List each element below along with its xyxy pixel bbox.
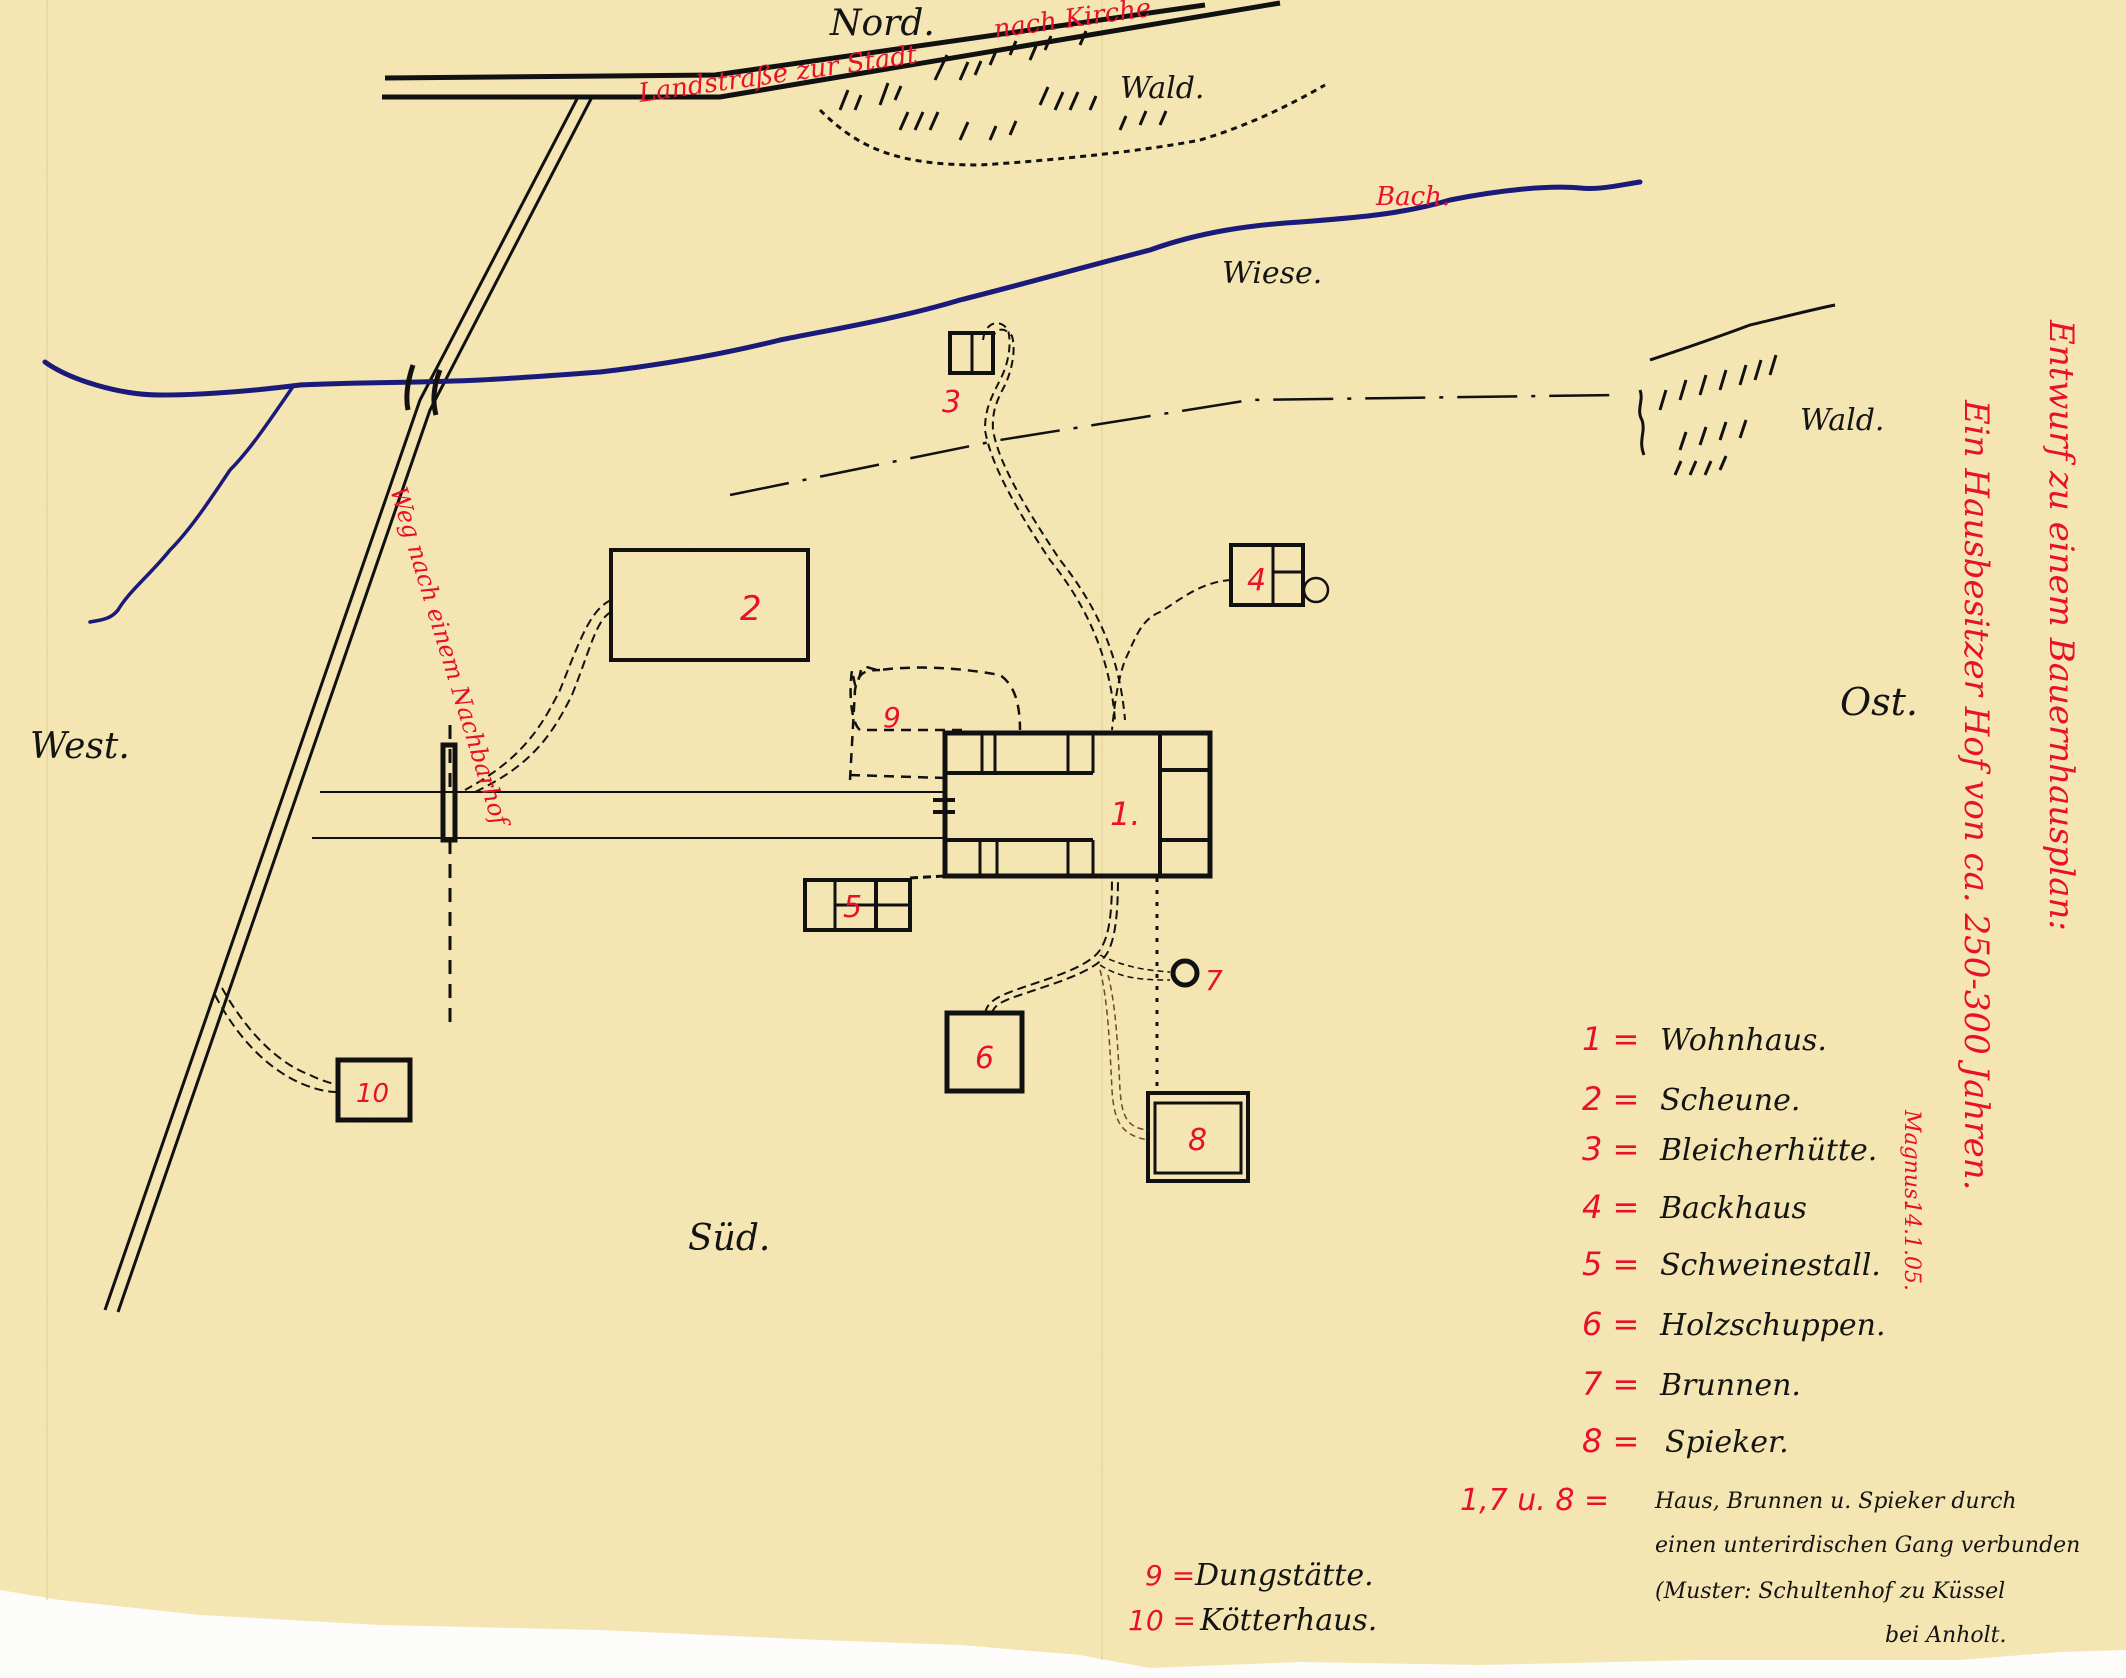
legend-value-4: Backhaus bbox=[1659, 1191, 1807, 1226]
building-1-number: 1. bbox=[1110, 795, 1141, 833]
legend-key-6: 6 = bbox=[1582, 1305, 1639, 1343]
building-5-number: 5 bbox=[843, 890, 862, 925]
building-8-number: 8 bbox=[1188, 1123, 1207, 1158]
site-plan-drawing: Wald. Bach. Wiese. Wald. 3 2 bbox=[0, 0, 2126, 1678]
forest-north-label: Wald. bbox=[1120, 71, 1204, 106]
stream-label: Bach. bbox=[1375, 182, 1450, 212]
title-line-1: Entwurf zu einem Bauernhausplan: bbox=[2041, 319, 2081, 931]
legend-value-5: Schweinestall. bbox=[1660, 1248, 1881, 1283]
date: 14.1.05. bbox=[1899, 1200, 1924, 1291]
legend-note-line-3: (Muster: Schultenhof zu Küssel bbox=[1655, 1579, 2005, 1604]
building-6-number: 6 bbox=[975, 1041, 994, 1076]
legend-value-9: Dungstätte. bbox=[1194, 1558, 1374, 1593]
legend-key-9: 9 = bbox=[1145, 1559, 1195, 1592]
building-9-number: 9 bbox=[883, 701, 901, 734]
legend-value-2: Scheune. bbox=[1660, 1083, 1800, 1118]
compass-west: West. bbox=[30, 726, 130, 767]
meadow-label: Wiese. bbox=[1222, 256, 1322, 291]
legend-key-7: 7 = bbox=[1582, 1365, 1639, 1403]
compass-north: Nord. bbox=[829, 3, 935, 44]
legend-key-2: 2 = bbox=[1582, 1080, 1639, 1118]
compass-east: Ost. bbox=[1840, 680, 1918, 724]
legend-note-line-4: bei Anholt. bbox=[1885, 1623, 2006, 1648]
legend-value-1: Wohnhaus. bbox=[1660, 1023, 1827, 1058]
map-sheet: Wald. Bach. Wiese. Wald. 3 2 bbox=[0, 0, 2126, 1678]
legend-note-line-2: einen unterirdischen Gang verbunden bbox=[1655, 1533, 2080, 1558]
building-4-number: 4 bbox=[1247, 563, 1266, 598]
legend-key-1: 1 = bbox=[1582, 1020, 1639, 1058]
legend-key-4: 4 = bbox=[1582, 1188, 1639, 1226]
legend-key-3: 3 = bbox=[1582, 1130, 1639, 1168]
signature: Magnus. bbox=[1899, 1109, 1924, 1206]
building-7-number: 7 bbox=[1205, 964, 1223, 997]
compass-south: Süd. bbox=[688, 1218, 770, 1259]
legend-value-6: Holzschuppen. bbox=[1659, 1308, 1885, 1343]
legend-value-10: Kötterhaus. bbox=[1199, 1603, 1377, 1638]
legend-key-8: 8 = bbox=[1582, 1422, 1639, 1460]
legend-key-5: 5 = bbox=[1582, 1245, 1639, 1283]
legend-key-10: 10 = bbox=[1128, 1604, 1196, 1637]
building-10-number: 10 bbox=[356, 1079, 389, 1109]
building-3-number: 3 bbox=[942, 385, 961, 420]
legend-value-7: Brunnen. bbox=[1659, 1368, 1801, 1403]
building-2-number: 2 bbox=[740, 589, 762, 629]
title-line-2: Ein Hausbesitzer Hof von ca. 250-300 Jah… bbox=[1956, 399, 1996, 1190]
forest-east-label: Wald. bbox=[1800, 403, 1884, 438]
legend-note-line-1: Haus, Brunnen u. Spieker durch bbox=[1654, 1489, 2017, 1514]
legend-note-key: 1,7 u. 8 = bbox=[1460, 1483, 1609, 1518]
legend-value-3: Bleicherhütte. bbox=[1659, 1133, 1877, 1168]
legend-value-8: Spieker. bbox=[1665, 1425, 1789, 1460]
